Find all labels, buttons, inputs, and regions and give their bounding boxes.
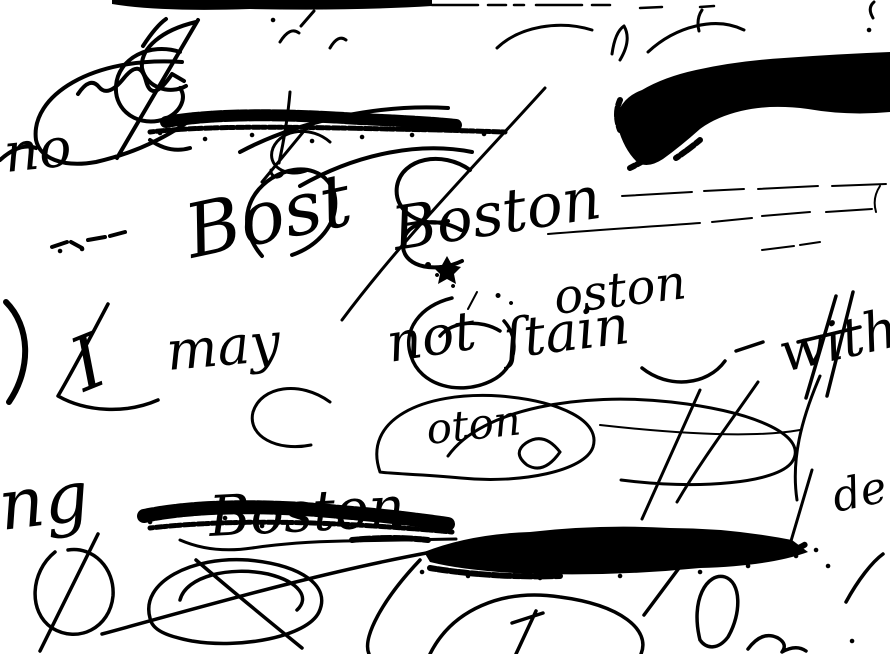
ink-smear-top-fringe [150, 127, 505, 132]
handwriting-word-boston-2: Boston [206, 475, 406, 550]
scan-artifact-top-bar [112, 0, 432, 10]
handwriting-word-not: not [382, 299, 480, 375]
scan-artifact-top-bar-tail [432, 5, 714, 8]
manuscript-page: no Bost Boston oston I may not ſtain wit… [0, 0, 890, 654]
flourish-over-blob [648, 2, 874, 52]
handwriting-word-may: may [164, 310, 284, 383]
ink-smear-lower-right [424, 527, 808, 575]
handwriting-word-ng: ng [0, 455, 93, 547]
handwriting-word-i: I [57, 317, 120, 409]
flourish-left-paren [6, 302, 25, 402]
ink-blot-top-right [616, 52, 890, 165]
handwriting-word-stain: ſtain [496, 293, 633, 371]
handwriting-word-boston-1: Boston [386, 163, 605, 265]
handwriting-word-no: no [1, 115, 75, 185]
ink-blot-center [425, 256, 513, 305]
handwriting-word-bost: Bost [176, 157, 359, 276]
handwriting-word-with: with [773, 296, 890, 384]
handwriting-word-de: de [828, 462, 890, 523]
handwriting-word-oton: oton [424, 395, 523, 454]
